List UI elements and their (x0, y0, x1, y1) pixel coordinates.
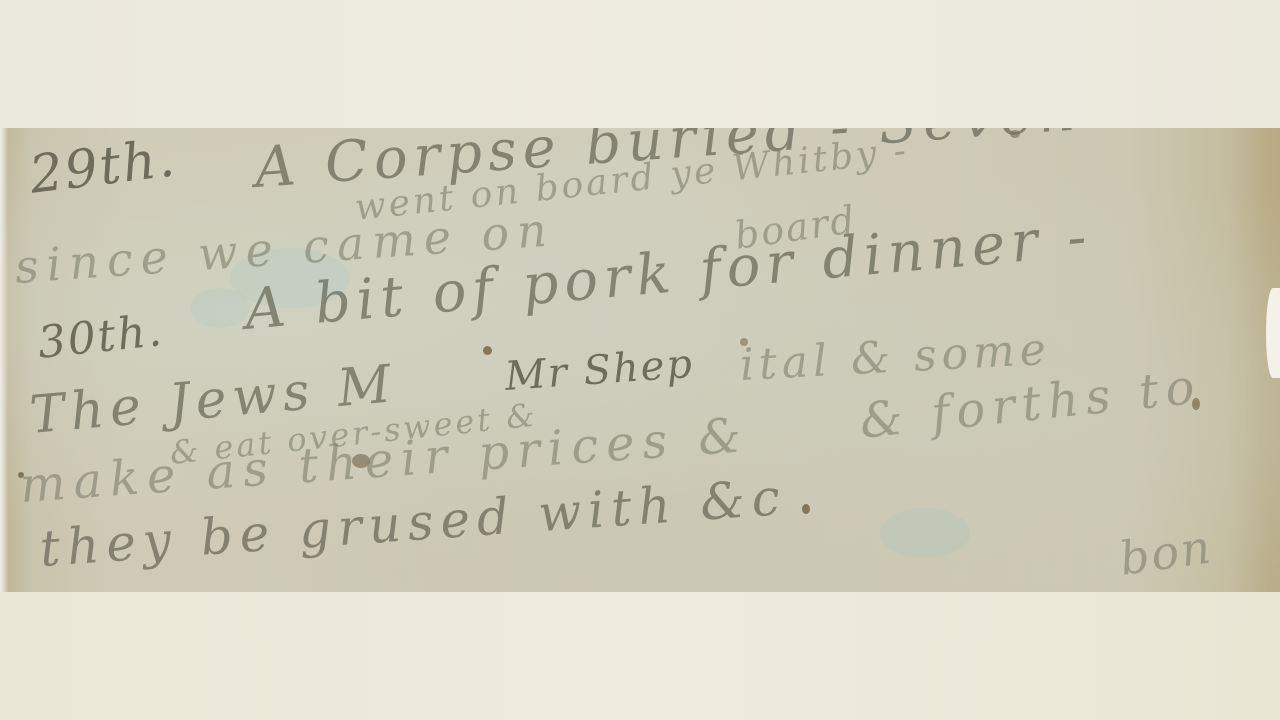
document-viewer: 29th. A Corpse buried - Seven sea went o… (0, 0, 1280, 720)
paper-tint (880, 508, 970, 558)
entry-date-29: 29th. (26, 128, 179, 205)
manuscript-line-6b: bon (1116, 519, 1215, 585)
manuscript-page: 29th. A Corpse buried - Seven sea went o… (0, 128, 1280, 592)
ink-stain (802, 504, 810, 514)
paper-left-edge (0, 128, 8, 592)
paper-torn-edge (1266, 288, 1280, 378)
entry-date-30: 30th. (35, 305, 166, 369)
bottom-margin-band (0, 592, 1280, 720)
manuscript-interlinear-3: Mr Shep (503, 341, 695, 400)
paper-tint (190, 288, 250, 328)
ink-stain (483, 346, 492, 355)
top-margin-band (0, 0, 1280, 128)
